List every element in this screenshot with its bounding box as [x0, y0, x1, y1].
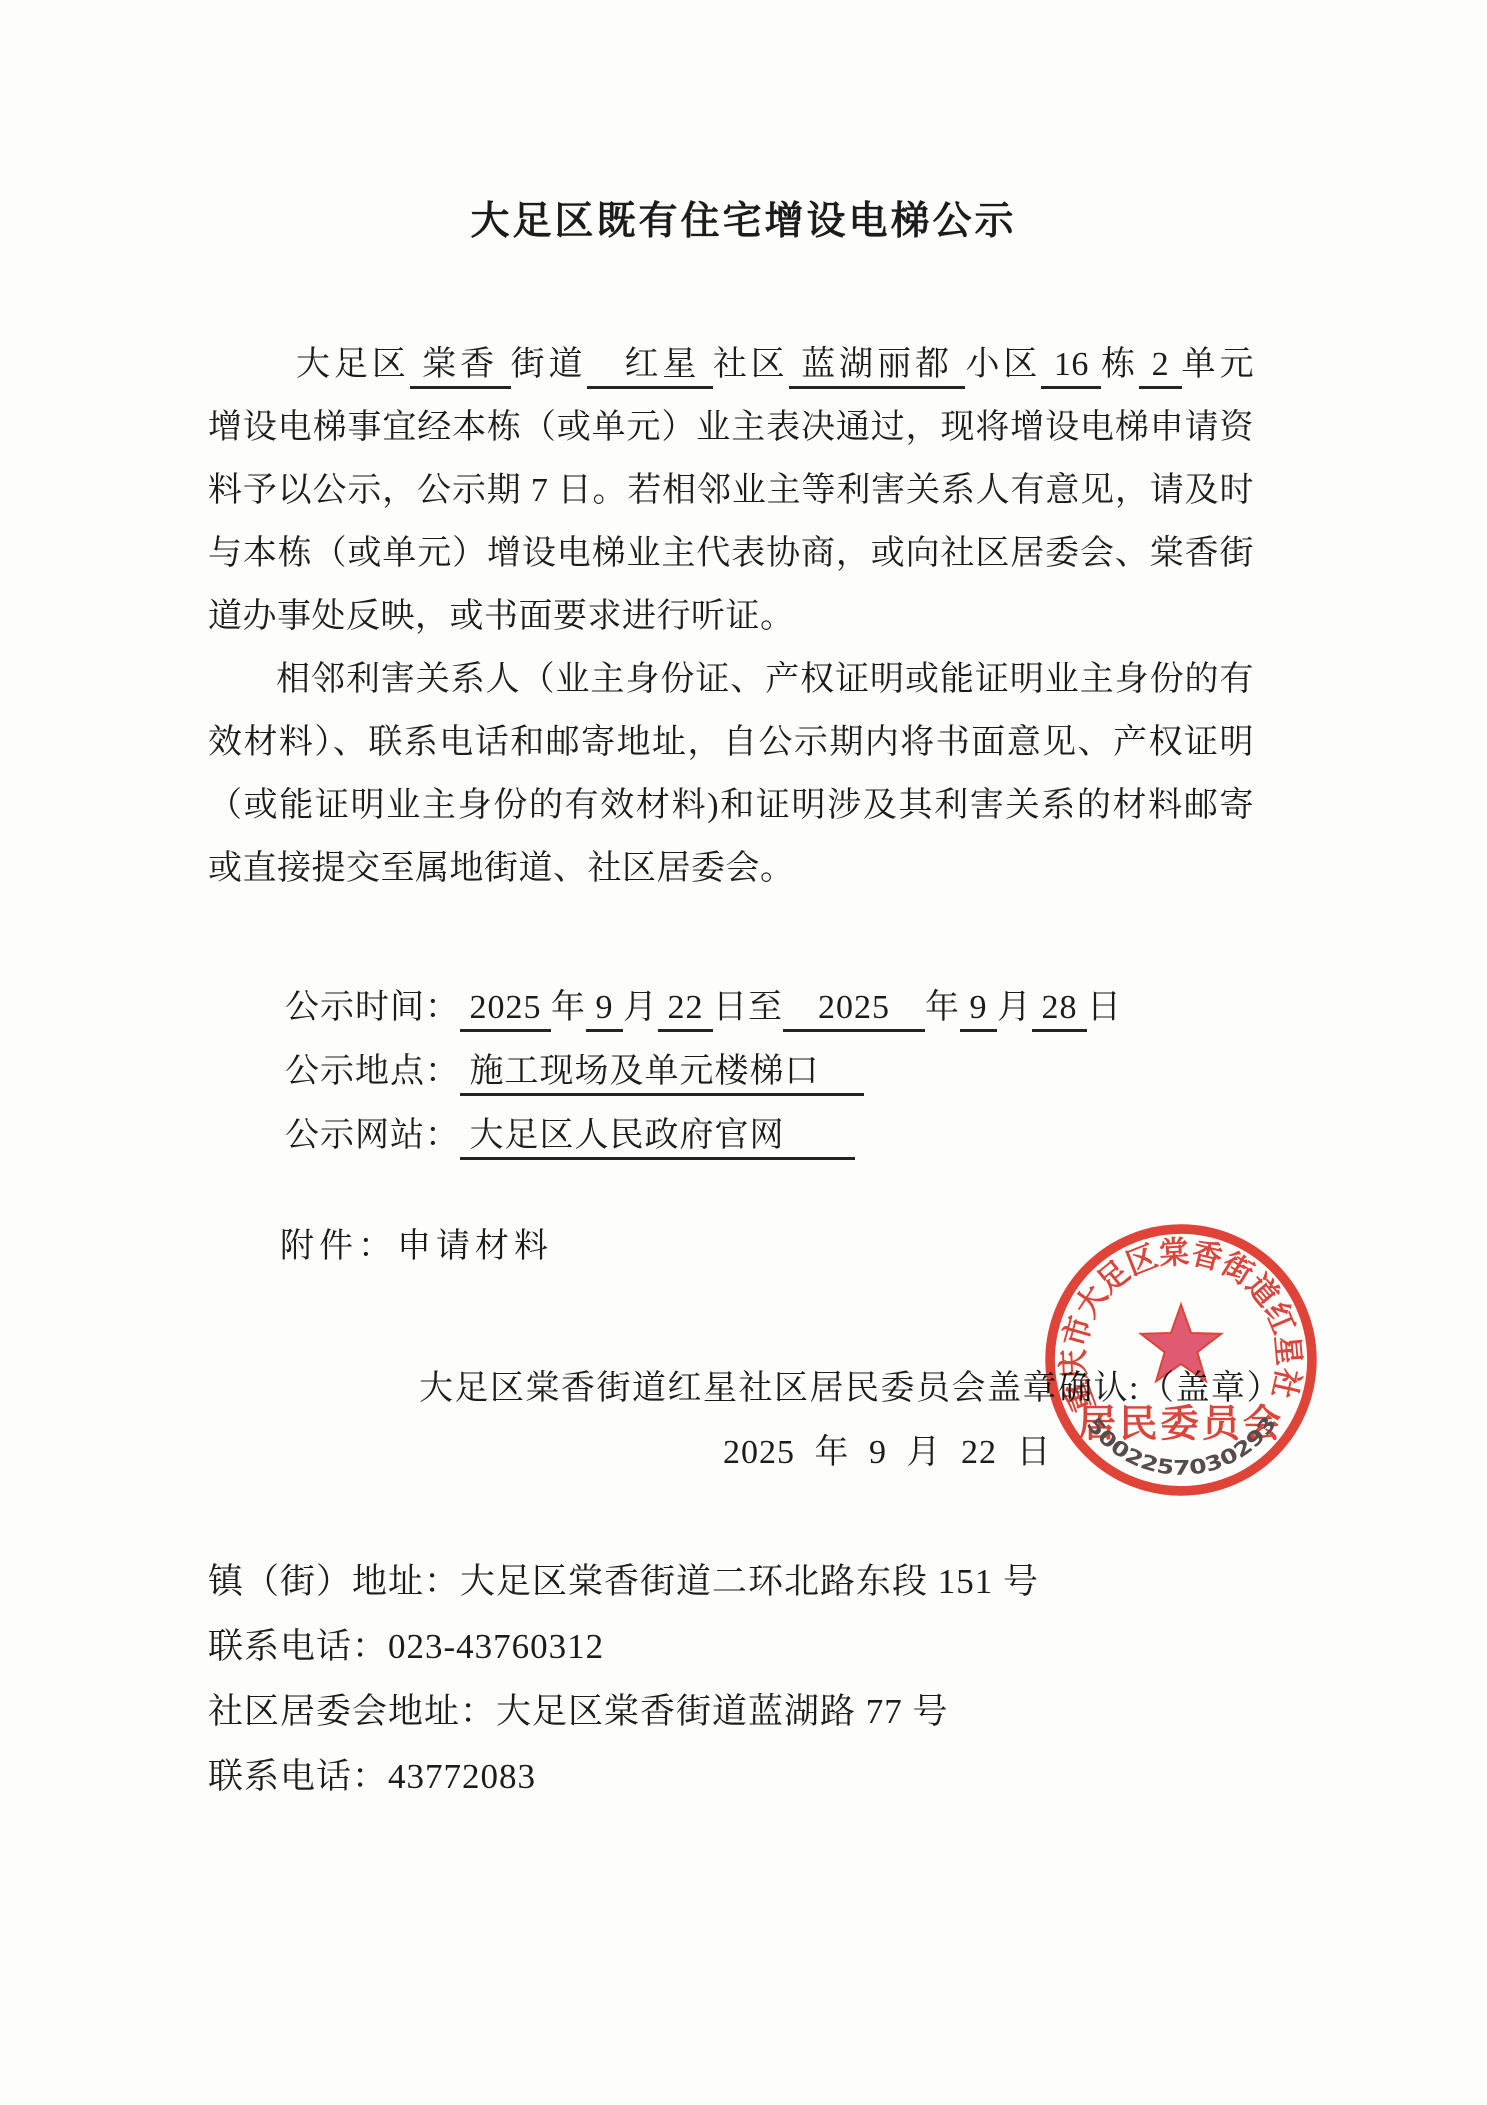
body-line: 或直接提交至属地街道、社区居委会。: [208, 837, 1254, 900]
body-line: 相邻利害关系人（业主身份证、产权证明或能证明业主身份的有: [208, 648, 1254, 711]
publicity-website-line: 公示网站： 大足区人民政府官网: [208, 1104, 1308, 1168]
committee-phone-line: 联系电话：43772083: [208, 1744, 1308, 1809]
text-run: 日至: [713, 989, 783, 1026]
filled-blank: 2025: [460, 989, 551, 1032]
body-line: 效材料）、联系电话和邮寄地址，自公示期内将书面意见、产权证明: [208, 711, 1254, 774]
filled-blank: 大足区人民政府官网: [460, 1117, 855, 1160]
scanned-notice-document: 大足区既有住宅增设电梯公示 大足区 棠香 街道 红星 社区 蓝湖丽都 小区 16…: [0, 0, 1487, 2105]
street-address-line: 镇（街）地址：大足区棠香街道二环北路东段 151 号: [208, 1549, 1308, 1614]
committee-address-line: 社区居委会地址：大足区棠香街道蓝湖路 77 号: [208, 1679, 1308, 1744]
body-line: （或能证明业主身份的有效材料)和证明涉及其利害关系的材料邮寄: [208, 774, 1254, 837]
text-run: 街道: [511, 346, 587, 383]
text-run: 单元: [1182, 346, 1254, 383]
street-phone-line: 联系电话：023-43760312: [208, 1614, 1308, 1679]
official-seal: 重庆市大足区棠香街道红星社区 居民委员会 5002257030293: [1040, 1219, 1322, 1501]
text-run: 月: [623, 989, 658, 1026]
text-run: 月: [997, 989, 1032, 1026]
filled-blank: 2025: [783, 989, 925, 1032]
text-run: 小区: [965, 346, 1041, 383]
body-line: 道办事处反映，或书面要求进行听证。: [208, 585, 1254, 648]
filled-blank: 9: [960, 989, 997, 1032]
filled-blank: 2: [1139, 346, 1181, 389]
body-line-fill-in: 大足区 棠香 街道 红星 社区 蓝湖丽都 小区 16 栋 2 单元: [208, 333, 1254, 396]
text-run: 年: [551, 989, 586, 1026]
body-line: 与本栋（或单元）增设电梯业主代表协商，或向社区居委会、棠香街: [208, 522, 1254, 585]
attachment-line: 附件：申请材料: [280, 1218, 553, 1267]
filled-blank: 16: [1041, 346, 1101, 389]
official-seal-graphic: 重庆市大足区棠香街道红星社区 居民委员会 5002257030293: [1040, 1219, 1322, 1501]
notice-fields: 公示时间： 2025 年 9 月 22 日至 2025 年 9 月 28 日 公…: [208, 976, 1308, 1168]
issue-date-line: 2025 年 9 月 22 日: [723, 1424, 1052, 1473]
filled-blank: 9: [586, 989, 623, 1032]
text-run: 日: [1087, 989, 1122, 1026]
document-title: 大足区既有住宅增设电梯公示: [0, 190, 1487, 246]
filled-blank: 22: [658, 989, 713, 1032]
filled-blank: 28: [1032, 989, 1087, 1032]
text-run: 公示网站：: [285, 1117, 460, 1154]
contact-footer: 镇（街）地址：大足区棠香街道二环北路东段 151 号 联系电话：023-4376…: [208, 1549, 1308, 1809]
text-run: 大足区: [296, 346, 410, 383]
seal-star-icon: [1141, 1305, 1221, 1382]
filled-blank: 蓝湖丽都: [789, 346, 966, 389]
text-run: 栋: [1101, 346, 1139, 383]
text-run: 年: [925, 989, 960, 1026]
publicity-time-line: 公示时间： 2025 年 9 月 22 日至 2025 年 9 月 28 日: [208, 976, 1308, 1040]
notice-body: 大足区 棠香 街道 红星 社区 蓝湖丽都 小区 16 栋 2 单元 增设电梯事宜…: [208, 333, 1254, 900]
text-run: 公示时间：: [285, 989, 460, 1026]
body-line: 增设电梯事宜经本栋（或单元）业主表决通过，现将增设电梯申请资: [208, 396, 1254, 459]
publicity-place-line: 公示地点： 施工现场及单元楼梯口: [208, 1040, 1308, 1104]
filled-blank: 红星: [587, 346, 713, 389]
body-line: 料予以公示，公示期 7 日。若相邻业主等利害关系人有意见，请及时: [208, 459, 1254, 522]
text-run: 公示地点：: [285, 1053, 460, 1090]
filled-blank: 棠香: [410, 346, 511, 389]
seal-arc-text: 重庆市大足区棠香街道红星社区: [1040, 1219, 1307, 1417]
filled-blank: 施工现场及单元楼梯口: [460, 1053, 864, 1096]
text-run: 社区: [713, 346, 789, 383]
svg-text:重庆市大足区棠香街道红星社区: 重庆市大足区棠香街道红星社区: [1040, 1219, 1307, 1417]
